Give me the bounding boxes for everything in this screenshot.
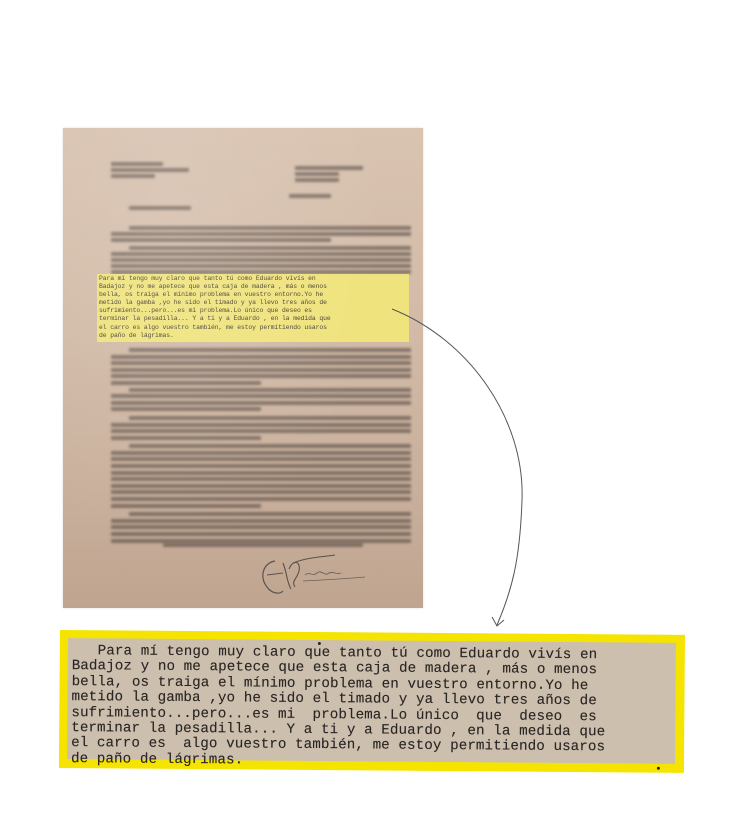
blurred-text-line [111,451,411,455]
blurred-text-line [111,504,261,508]
blurred-text-line [129,226,411,230]
blurred-text-line [111,490,411,494]
blurred-text-line [111,497,411,501]
blurred-text-line [295,172,339,176]
blurred-text-line [111,484,411,488]
blurred-text-line [111,519,411,523]
signature-icon [253,553,373,598]
blurred-text-line [111,464,411,468]
blurred-text-line [111,401,411,405]
blurred-text-line [111,174,155,178]
blurred-text-line [111,355,411,359]
blurred-text-line [111,471,411,475]
blurred-text-line [111,525,411,529]
blurred-text-line [111,258,411,262]
blurred-text-line [111,361,411,365]
blurred-text-line [289,194,331,198]
blurred-text-line [111,264,411,268]
blurred-text-line [129,416,411,420]
speck [318,642,321,645]
blurred-text-line [111,423,411,427]
blurred-text-line [129,246,411,250]
blurred-text-line [111,436,261,440]
blurred-text-line [111,252,411,256]
callout-text: Para mí tengo muy claro que tanto tú com… [71,644,672,772]
letter-photo: Para mí tengo muy claro que tanto tú com… [63,128,423,608]
blurred-text-line [111,168,189,172]
blurred-text-line [129,348,411,352]
blurred-text-line [111,374,411,378]
blurred-text-line [295,178,339,182]
blurred-text-line [111,394,411,398]
blurred-text-line [111,162,163,166]
blurred-text-line [111,381,261,385]
blurred-text-line [129,512,411,516]
blurred-text-line [111,232,411,236]
blurred-text-line [111,457,411,461]
blurred-text-line [111,429,411,433]
blurred-text-line [111,477,411,481]
highlighted-passage: Para mí tengo muy claro que tanto tú com… [99,275,411,340]
blurred-text-line [129,388,411,392]
blurred-text-line [111,539,411,543]
speck [657,767,660,770]
blurred-text-line [111,238,331,242]
blurred-text-line [129,444,411,448]
blurred-text-line [129,206,191,210]
blurred-text-line [295,166,363,170]
blurred-text-line [111,368,411,372]
callout-box: Para mí tengo muy claro que tanto tú com… [59,630,685,773]
blurred-text-line [163,543,363,547]
blurred-text-line [111,407,261,411]
callout-inner: Para mí tengo muy claro que tanto tú com… [67,638,676,764]
blurred-text-line [111,532,411,536]
